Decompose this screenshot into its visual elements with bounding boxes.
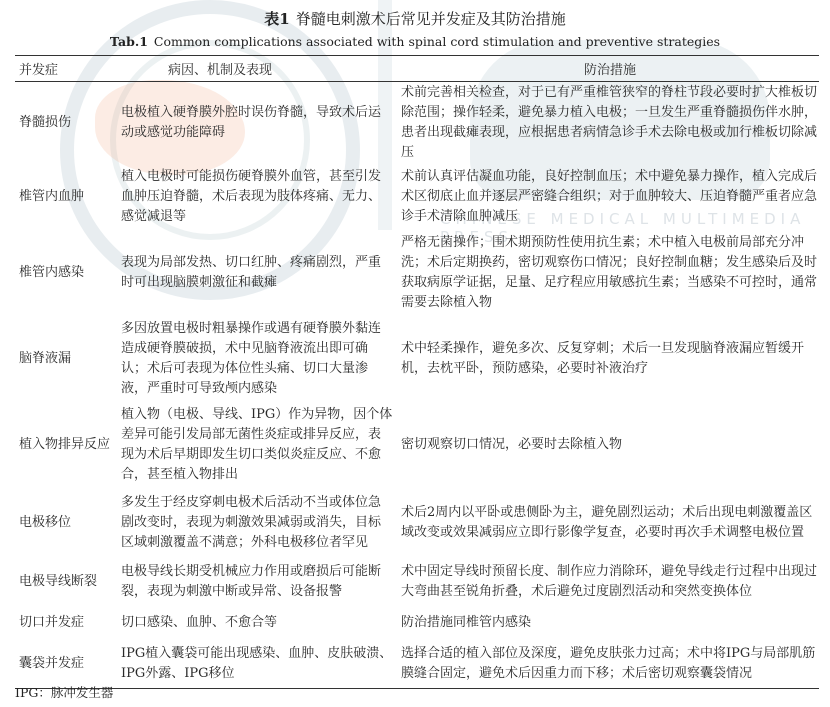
cell-prevention: 防治措施同椎管内感染 bbox=[399, 613, 819, 633]
cell-complication: 脊髓损伤 bbox=[15, 113, 121, 133]
table-header: 并发症 病因、机制及表现 防治措施 bbox=[15, 56, 819, 82]
table-row: 脊髓损伤电极植入硬脊膜外腔时误伤脊髓，导致术后运动或感觉功能障碍术前完善相关检查… bbox=[15, 82, 819, 164]
cell-prevention: 术后2周内以平卧或患侧卧为主，避免剧烈运动；术后出现电刺激覆盖区域改变或效果减弱… bbox=[399, 503, 819, 543]
cell-cause: IPG植入囊袋可能出现感染、血肿、皮肤破溃、IPG外露、IPG移位 bbox=[121, 644, 399, 684]
table-footnote: IPG：脉冲发生器 bbox=[15, 683, 113, 701]
table-title-english: Tab.1Common complications associated wit… bbox=[0, 34, 830, 49]
cell-complication: 电极移位 bbox=[15, 513, 121, 533]
cell-prevention: 术中轻柔操作，避免多次、反复穿刺；术后一旦发现脑脊液漏应暂缓开机，去枕平卧，预防… bbox=[399, 339, 819, 379]
cell-cause: 表现为局部发热、切口红肿、疼痛剧烈，严重时可出现脑膜刺激征和截瘫 bbox=[121, 253, 399, 293]
table-row: 椎管内感染表现为局部发热、切口红肿、疼痛剧烈，严重时可出现脑膜刺激征和截瘫严格无… bbox=[15, 230, 819, 316]
table-row: 脑脊液漏多因放置电极时粗暴操作或遇有硬脊膜外黏连造成硬脊膜破损，术中见脑脊液流出… bbox=[15, 316, 819, 402]
table-title-cn-text: 脊髓电刺激术后常见并发症及其防治措施 bbox=[296, 10, 566, 28]
cell-cause: 电极植入硬脊膜外腔时误伤脊髓，导致术后运动或感觉功能障碍 bbox=[121, 103, 399, 143]
cell-prevention: 术中固定导线时预留长度、制作应力消除环，避免导线走行过程中出现过大弯曲甚至锐角折… bbox=[399, 562, 819, 602]
table-row: 囊袋并发症IPG植入囊袋可能出现感染、血肿、皮肤破溃、IPG外露、IPG移位选择… bbox=[15, 640, 819, 688]
table-body: 脊髓损伤电极植入硬脊膜外腔时误伤脊髓，导致术后运动或感觉功能障碍术前完善相关检查… bbox=[15, 82, 819, 688]
header-prevention: 防治措施 bbox=[399, 59, 819, 78]
cell-complication: 电极导线断裂 bbox=[15, 572, 121, 592]
cell-prevention: 严格无菌操作；围术期预防性使用抗生素；术中植入电极前局部充分冲洗；术后定期换药，… bbox=[399, 233, 819, 313]
cell-cause: 多发生于经皮穿刺电极术后活动不当或体位急剧改变时，表现为刺激效果减弱或消失，目标… bbox=[121, 493, 399, 553]
table-row: 植入物排异反应植入物（电极、导线、IPG）作为异物，因个体差异可能引发局部无菌性… bbox=[15, 402, 819, 488]
cell-complication: 植入物排异反应 bbox=[15, 435, 121, 455]
cell-prevention: 术前完善相关检查，对于已有严重椎管狭窄的脊柱节段必要时扩大椎板切除范围；操作轻柔… bbox=[399, 83, 819, 163]
table-title-chinese: 表1脊髓电刺激术后常见并发症及其防治措施 bbox=[0, 8, 830, 29]
table-row: 切口并发症切口感染、血肿、不愈合等防治措施同椎管内感染 bbox=[15, 606, 819, 640]
cell-complication: 囊袋并发症 bbox=[15, 654, 121, 674]
table-label-en: Tab.1 bbox=[110, 34, 148, 49]
cell-complication: 脑脊液漏 bbox=[15, 349, 121, 369]
cell-cause: 切口感染、血肿、不愈合等 bbox=[121, 613, 399, 633]
cell-prevention: 密切观察切口情况，必要时去除植入物 bbox=[399, 435, 819, 455]
cell-cause: 植入电极时可能损伤硬脊膜外血管，甚至引发血肿压迫脊髓，术后表现为肢体疼痛、无力、… bbox=[121, 167, 399, 227]
header-complication: 并发症 bbox=[15, 59, 121, 78]
cell-cause: 电极导线长期受机械应力作用或磨损后可能断裂，表现为刺激中断或异常、设备报警 bbox=[121, 562, 399, 602]
header-cause: 病因、机制及表现 bbox=[121, 59, 399, 78]
complications-table: 并发症 病因、机制及表现 防治措施 脊髓损伤电极植入硬脊膜外腔时误伤脊髓，导致术… bbox=[15, 55, 819, 689]
cell-complication: 切口并发症 bbox=[15, 613, 121, 633]
cell-prevention: 选择合适的植入部位及深度，避免皮肤张力过高；术中将IPG与局部肌筋膜缝合固定，避… bbox=[399, 644, 819, 684]
cell-complication: 椎管内血肿 bbox=[15, 187, 121, 207]
table-row: 椎管内血肿植入电极时可能损伤硬脊膜外血管，甚至引发血肿压迫脊髓，术后表现为肢体疼… bbox=[15, 164, 819, 230]
table-row: 电极导线断裂电极导线长期受机械应力作用或磨损后可能断裂，表现为刺激中断或异常、设… bbox=[15, 558, 819, 606]
table-row: 电极移位多发生于经皮穿刺电极术后活动不当或体位急剧改变时，表现为刺激效果减弱或消… bbox=[15, 488, 819, 558]
table-label-cn: 表1 bbox=[264, 10, 289, 28]
cell-cause: 多因放置电极时粗暴操作或遇有硬脊膜外黏连造成硬脊膜破损，术中见脑脊液流出即可确认… bbox=[121, 319, 399, 399]
table-title-en-text: Common complications associated with spi… bbox=[154, 34, 720, 49]
cell-cause: 植入物（电极、导线、IPG）作为异物，因个体差异可能引发局部无菌性炎症或排异反应… bbox=[121, 405, 399, 485]
cell-prevention: 术前认真评估凝血功能，良好控制血压；术中避免暴力操作，植入完成后术区彻底止血并逐… bbox=[399, 167, 819, 227]
cell-complication: 椎管内感染 bbox=[15, 263, 121, 283]
